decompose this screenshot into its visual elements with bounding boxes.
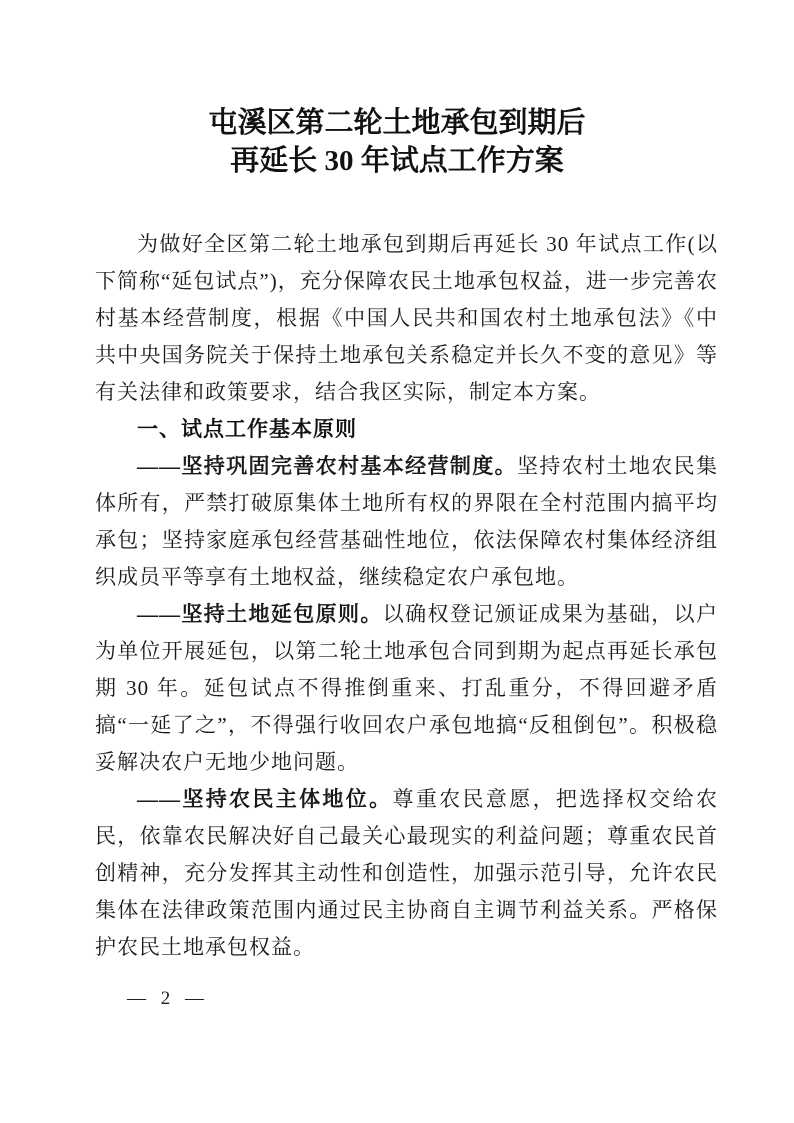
principle-paragraph-2: ——坚持土地延包原则。以确权登记颁证成果为基础，以户为单位开展延包，以第二轮土地… (95, 596, 718, 781)
page-number: — 2 — (127, 988, 205, 1010)
principle-paragraph-1: ——坚持巩固完善农村基本经营制度。坚持农村土地农民集体所有，严禁打破原集体土地所… (95, 448, 718, 596)
title-line-2: 再延长 30 年试点工作方案 (0, 142, 794, 180)
principle-3-lead: ——坚持农民主体地位。 (137, 787, 392, 811)
principle-1-lead: ——坚持巩固完善农村基本经营制度。 (137, 454, 517, 478)
section-heading-principles: 一、试点工作基本原则 (95, 411, 718, 448)
document-body: 为做好全区第二轮土地承包到期后再延长 30 年试点工作(以下简称“延包试点”)，… (95, 226, 718, 966)
title-line-1: 屯溪区第二轮土地承包到期后 (0, 104, 794, 142)
document-page: 屯溪区第二轮土地承包到期后 再延长 30 年试点工作方案 为做好全区第二轮土地承… (0, 0, 794, 1123)
principle-3-text: 尊重农民意愿，把选择权交给农民，依靠农民解决好自己最关心最现实的利益问题；尊重农… (95, 787, 718, 959)
document-title: 屯溪区第二轮土地承包到期后 再延长 30 年试点工作方案 (0, 104, 794, 180)
principle-paragraph-3: ——坚持农民主体地位。尊重农民意愿，把选择权交给农民，依靠农民解决好自己最关心最… (95, 781, 718, 966)
intro-paragraph: 为做好全区第二轮土地承包到期后再延长 30 年试点工作(以下简称“延包试点”)，… (95, 226, 718, 411)
principle-2-text: 以确权登记颁证成果为基础，以户为单位开展延包，以第二轮土地承包合同到期为起点再延… (95, 602, 718, 774)
principle-2-lead: ——坚持土地延包原则。 (137, 602, 383, 626)
